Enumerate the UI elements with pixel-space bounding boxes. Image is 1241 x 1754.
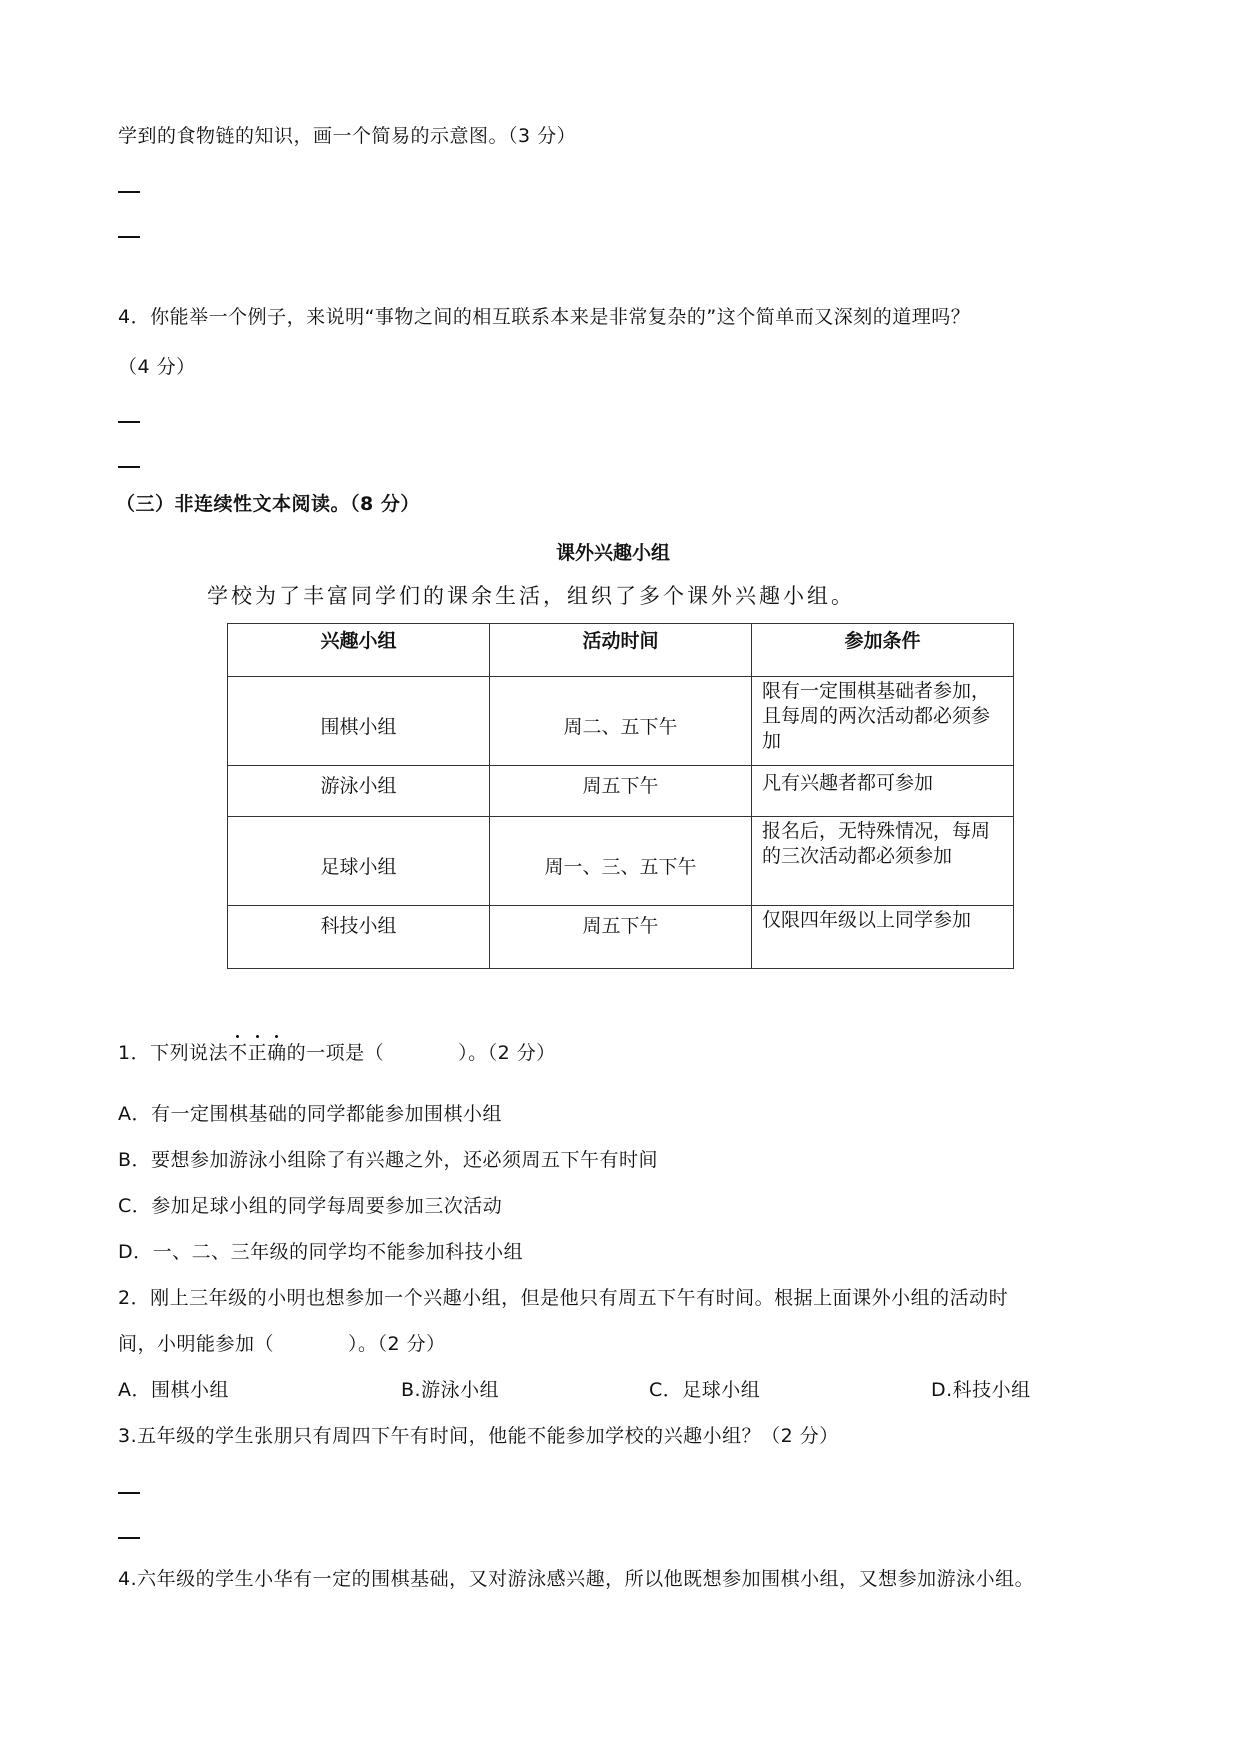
q2-option-c: C．足球小组 <box>649 1378 760 1402</box>
cell-condition: 报名后，无特殊情况，每周的三次活动都必须参加 <box>752 817 1014 906</box>
emphasis-char: 不 <box>228 1041 248 1065</box>
q2-prompt-line2: 间，小明能参加（）。（2 分） <box>118 1332 446 1356</box>
reading-title: 课外兴趣小组 <box>556 538 670 565</box>
q4-scenario: 4.六年级的学生小华有一定的围棋基础，又对游泳感兴趣，所以他既想参加围棋小组，又… <box>118 1567 1034 1591</box>
q1-option-d: D．一、二、三年级的同学均不能参加科技小组 <box>118 1240 523 1264</box>
table-header-row: 兴趣小组 活动时间 参加条件 <box>228 624 1014 677</box>
cell-time: 周五下午 <box>490 906 752 969</box>
table-row: 游泳小组 周五下午 凡有兴趣者都可参加 <box>228 766 1014 817</box>
q2-option-d: D.科技小组 <box>931 1378 1031 1402</box>
cell-condition: 仅限四年级以上同学参加 <box>752 906 1014 969</box>
cell-time: 周一、三、五下午 <box>490 817 752 906</box>
emphasis-char: 确 <box>267 1041 287 1065</box>
emphasis-char: 正 <box>248 1041 268 1065</box>
q2-suffix: ）。（2 分） <box>348 1333 446 1355</box>
q2-prefix: 间，小明能参加（ <box>118 1333 274 1355</box>
q3-prompt: 3.五年级的学生张朋只有周四下午有时间，他能不能参加学校的兴趣小组？（2 分） <box>118 1424 839 1448</box>
question-1: 1．下列说法不正确的一项是（）。（2 分） <box>118 1041 556 1065</box>
reading-intro: 学校为了丰富同学们的课余生活，组织了多个课外兴趣小组。 <box>207 580 855 610</box>
q2-option-b: B.游泳小组 <box>401 1378 499 1402</box>
table-row: 科技小组 周五下午 仅限四年级以上同学参加 <box>228 906 1014 969</box>
q1-suffix: ）。（2 分） <box>458 1042 556 1064</box>
answer-line <box>118 1492 140 1494</box>
q2-prompt-line1: 2．刚上三年级的小明也想参加一个兴趣小组，但是他只有周五下午有时间。根据上面课外… <box>118 1286 1008 1310</box>
q1-option-c: C．参加足球小组的同学每周要参加三次活动 <box>118 1194 502 1218</box>
cell-group: 科技小组 <box>228 906 490 969</box>
section-heading: （三）非连续性文本阅读。（8 分） <box>116 492 420 516</box>
q1-option-a: A．有一定围棋基础的同学都能参加围棋小组 <box>118 1102 502 1126</box>
table-row: 足球小组 周一、三、五下午 报名后，无特殊情况，每周的三次活动都必须参加 <box>228 817 1014 906</box>
cell-condition: 凡有兴趣者都可参加 <box>752 766 1014 817</box>
cell-group: 游泳小组 <box>228 766 490 817</box>
q3-continuation-text: 学到的食物链的知识，画一个简易的示意图。（3 分） <box>118 124 576 148</box>
answer-line <box>118 421 140 423</box>
header-group: 兴趣小组 <box>228 624 490 677</box>
table-row: 围棋小组 周二、五下午 限有一定围棋基础者参加，且每周的两次活动都必须参加 <box>228 677 1014 766</box>
q4-prompt: 4．你能举一个例子，来说明“事物之间的相互联系本来是非常复杂的”这个简单而又深刻… <box>118 305 970 329</box>
header-time: 活动时间 <box>490 624 752 677</box>
answer-line <box>118 236 140 238</box>
q4-points: （4 分） <box>118 355 196 379</box>
answer-line <box>118 1537 140 1539</box>
q1-mid: 的一项是（ <box>287 1042 385 1064</box>
q2-option-a: A．围棋小组 <box>118 1378 229 1402</box>
q1-prefix: 1．下列说法 <box>118 1042 228 1064</box>
cell-group: 围棋小组 <box>228 677 490 766</box>
cell-condition: 限有一定围棋基础者参加，且每周的两次活动都必须参加 <box>752 677 1014 766</box>
cell-time: 周二、五下午 <box>490 677 752 766</box>
cell-time: 周五下午 <box>490 766 752 817</box>
answer-line <box>118 191 140 193</box>
header-condition: 参加条件 <box>752 624 1014 677</box>
cell-group: 足球小组 <box>228 817 490 906</box>
q1-option-b: B．要想参加游泳小组除了有兴趣之外，还必须周五下午有时间 <box>118 1148 658 1172</box>
answer-line <box>118 466 140 468</box>
interest-group-table: 兴趣小组 活动时间 参加条件 围棋小组 周二、五下午 限有一定围棋基础者参加，且… <box>227 623 1014 969</box>
